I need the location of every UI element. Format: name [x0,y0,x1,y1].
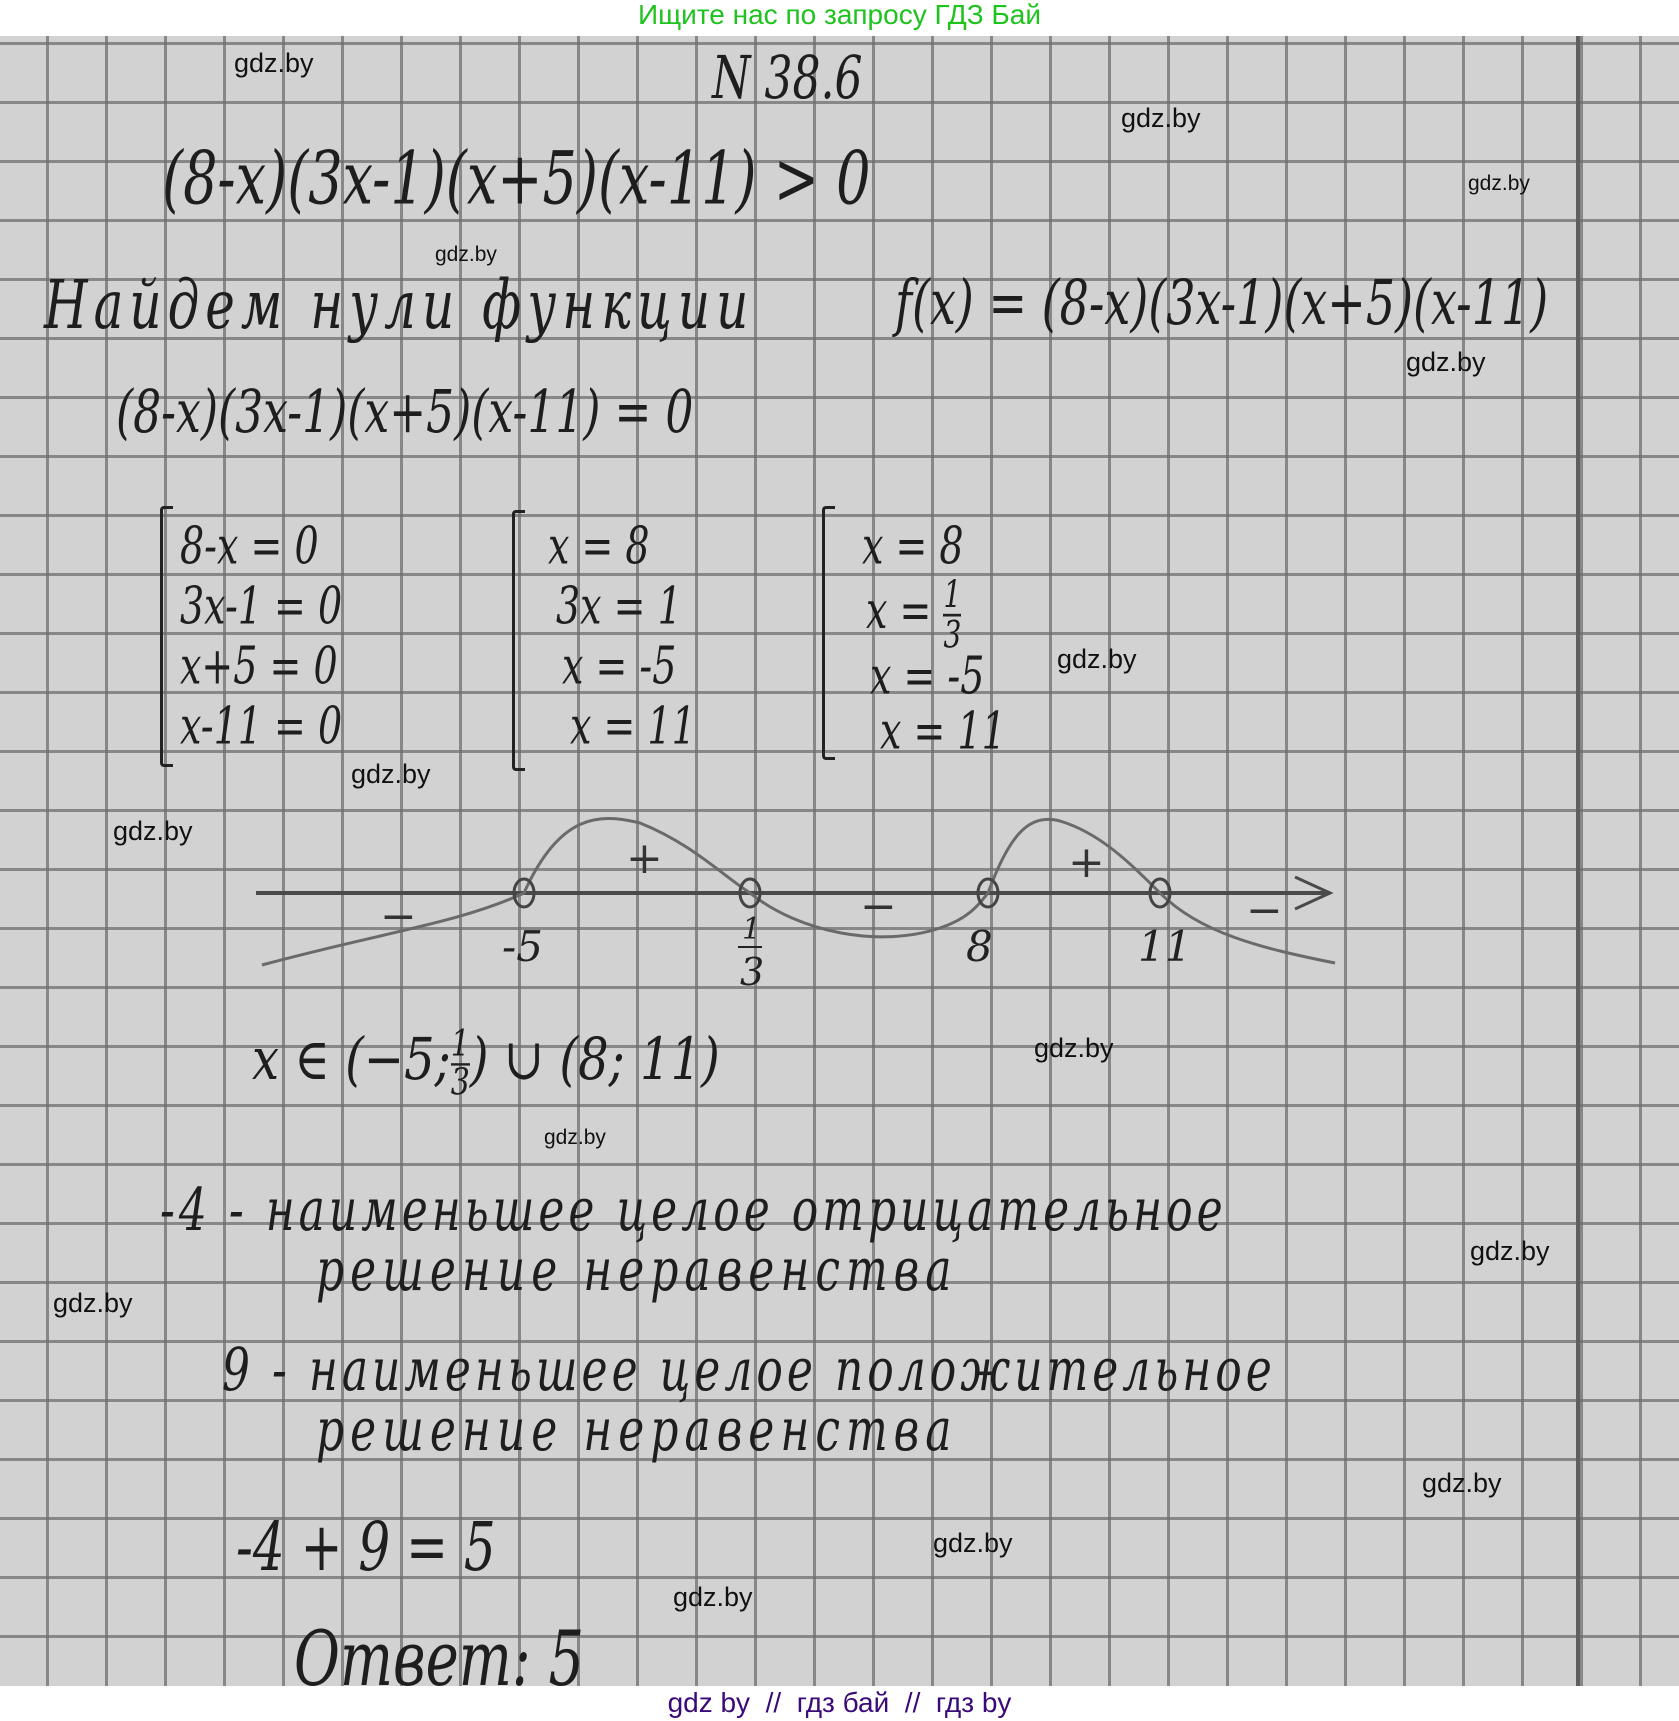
note1-line1: -4 - наименьшее целое отрицательное [160,1176,1227,1245]
note2-line2: решение неравенства [316,1396,958,1465]
interval-sign: + [1068,837,1105,888]
watermark: gdz.by [1406,347,1486,378]
point-label: -5 [502,922,543,971]
bottom-banner: gdz by // гдз бай // гдз by [0,1686,1679,1721]
watermark: gdz.by [1470,1236,1550,1267]
watermark: gdz.by [234,48,314,79]
interval-sign: − [1246,885,1283,936]
answer-set: x ∈ (−5;13) ∪ (8; 11) [252,1026,720,1101]
answer-set-fraction: 13 [451,1027,470,1101]
point-label-numerator: 1 [742,912,761,947]
note1-line2: решение неравенства [316,1236,958,1305]
watermark: gdz.by [1468,172,1530,196]
notebook-page: N 38.6 (8-x)(3x-1)(x+5)(x-11) > 0 Найдем… [0,36,1679,1686]
interval-sign: + [626,833,663,884]
note2-line1: 9 - наименьшее целое положительное [222,1336,1276,1405]
fraction-denominator: 3 [451,1065,470,1101]
sum-line: -4 + 9 = 5 [236,1508,496,1586]
point-label: 11 [1138,922,1191,971]
watermark: gdz.by [1422,1468,1502,1499]
watermark: gdz.by [933,1528,1013,1559]
watermark: gdz.by [673,1582,753,1613]
final-answer: Ответ: 5 [294,1616,584,1686]
watermark: gdz.by [53,1288,133,1319]
watermark: gdz.by [1057,644,1137,675]
watermark: gdz.by [435,243,497,267]
fraction-numerator: 1 [451,1027,470,1065]
watermark: gdz.by [544,1126,606,1150]
answer-set-prefix: x ∈ (−5; [252,1026,451,1093]
point-label-denominator: 3 [740,950,764,994]
watermark: gdz.by [351,759,431,790]
watermark: gdz.by [1121,103,1201,134]
top-banner: Ищите нас по запросу ГДЗ Бай [0,0,1679,36]
point-label: 8 [966,922,993,971]
answer-set-suffix: ) ∪ (8; 11) [470,1026,720,1093]
watermark: gdz.by [113,816,193,847]
interval-sign: − [860,881,897,932]
watermark: gdz.by [1034,1033,1114,1064]
interval-sign: − [380,891,417,942]
